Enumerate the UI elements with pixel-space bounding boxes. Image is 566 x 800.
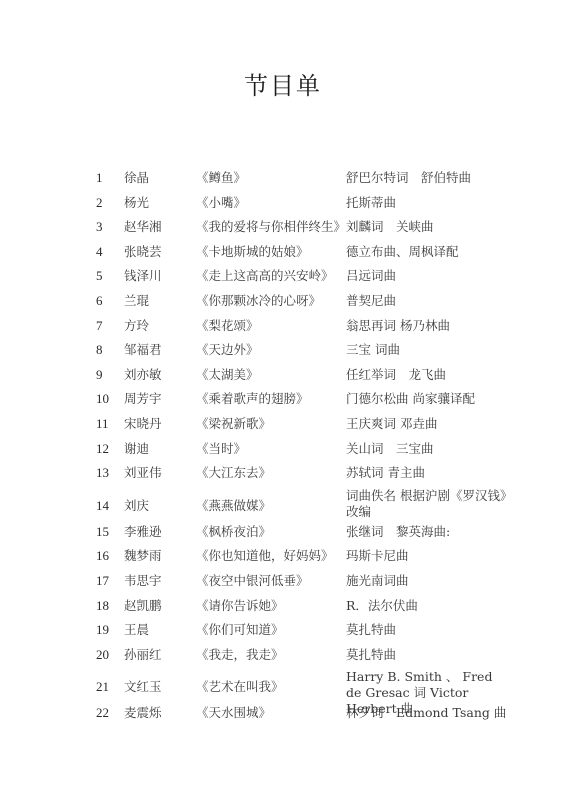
song-credit: 三宝 词曲 bbox=[346, 342, 511, 358]
performer-name: 刘亦敏 bbox=[124, 367, 162, 383]
item-number: 8 bbox=[96, 342, 120, 358]
performer-name: 兰琨 bbox=[124, 293, 149, 309]
item-number: 20 bbox=[96, 647, 120, 663]
song-credit: 刘麟词 关峡曲 bbox=[346, 219, 511, 235]
song-title: 《夜空中银河低垂》 bbox=[196, 573, 309, 589]
item-number: 2 bbox=[96, 195, 120, 211]
program-row: 12 谢迪 《当时》 关山词 三宝曲 bbox=[96, 439, 516, 464]
program-row: 18 赵凯鹏 《请你告诉她》 R．法尔伏曲 bbox=[96, 596, 516, 621]
program-row: 20 孙丽红 《我走，我走》 莫扎特曲 bbox=[96, 645, 516, 670]
program-row: 10 周芳宇 《乘着歌声的翅膀》 门德尔松曲 尚家骧译配 bbox=[96, 389, 516, 414]
performer-name: 杨光 bbox=[124, 195, 149, 211]
program-row: 8 邹福君 《天边外》 三宝 词曲 bbox=[96, 340, 516, 365]
song-credit: 翁思再词 杨乃林曲 bbox=[346, 318, 511, 334]
performer-name: 方玲 bbox=[124, 318, 149, 334]
program-row: 21 文红玉 《艺术在叫我》 Harry B. Smith 、 Fred de … bbox=[96, 669, 516, 703]
item-number: 7 bbox=[96, 318, 120, 334]
program-row: 11 宋晓丹 《梁祝新歌》 王庆爽词 邓垚曲 bbox=[96, 414, 516, 439]
song-credit: 词曲佚名 根据沪剧《罗汉钱》改编 bbox=[346, 488, 511, 520]
performer-name: 邹福君 bbox=[124, 342, 162, 358]
performer-name: 王晨 bbox=[124, 622, 149, 638]
item-number: 19 bbox=[96, 622, 120, 638]
song-credit: 托斯蒂曲 bbox=[346, 195, 511, 211]
item-number: 5 bbox=[96, 268, 120, 284]
song-credit: 莫扎特曲 bbox=[346, 647, 511, 663]
performer-name: 文红玉 bbox=[124, 679, 162, 695]
song-credit: 王庆爽词 邓垚曲 bbox=[346, 416, 511, 432]
song-title: 《我走，我走》 bbox=[196, 647, 284, 663]
item-number: 11 bbox=[96, 416, 120, 432]
song-credit: 张继词 黎英海曲: bbox=[346, 524, 511, 540]
item-number: 16 bbox=[96, 548, 120, 564]
song-credit: 林夕词 Edmond Tsang 曲 bbox=[346, 705, 511, 721]
item-number: 3 bbox=[96, 219, 120, 235]
song-title: 《艺术在叫我》 bbox=[196, 679, 284, 695]
song-title: 《天边外》 bbox=[196, 342, 259, 358]
program-row: 13 刘亚伟 《大江东去》 苏轼词 青主曲 bbox=[96, 463, 516, 488]
song-credit: 吕远词曲 bbox=[346, 268, 511, 284]
item-number: 14 bbox=[96, 498, 120, 514]
song-title: 《枫桥夜泊》 bbox=[196, 524, 271, 540]
program-row: 7 方玲 《梨花颂》 翁思再词 杨乃林曲 bbox=[96, 316, 516, 341]
song-title: 《乘着歌声的翅膀》 bbox=[196, 391, 309, 407]
performer-name: 刘亚伟 bbox=[124, 465, 162, 481]
item-number: 18 bbox=[96, 598, 120, 614]
song-credit: 关山词 三宝曲 bbox=[346, 441, 511, 457]
song-title: 《我的爱将与你相伴终生》 bbox=[196, 219, 346, 235]
song-credit: 玛斯卡尼曲 bbox=[346, 548, 511, 564]
song-title: 《你也知道他，好妈妈》 bbox=[196, 548, 334, 564]
performer-name: 徐晶 bbox=[124, 170, 149, 186]
song-title: 《梨花颂》 bbox=[196, 318, 259, 334]
song-credit: 舒巴尔特词 舒伯特曲 bbox=[346, 170, 511, 186]
program-list: 1 徐晶 《鳟鱼》 舒巴尔特词 舒伯特曲 2 杨光 《小嘴》 托斯蒂曲 3 赵华… bbox=[96, 168, 516, 728]
program-row: 4 张晓芸 《卡地斯城的姑娘》 德立布曲、周枫译配 bbox=[96, 242, 516, 267]
performer-name: 李雅逊 bbox=[124, 524, 162, 540]
song-credit: 莫扎特曲 bbox=[346, 622, 511, 638]
song-credit: 任红举词 龙飞曲 bbox=[346, 367, 511, 383]
item-number: 22 bbox=[96, 705, 120, 721]
song-credit: R．法尔伏曲 bbox=[346, 598, 511, 614]
performer-name: 麦震烁 bbox=[124, 705, 162, 721]
song-title: 《梁祝新歌》 bbox=[196, 416, 271, 432]
program-row: 5 钱泽川 《走上这高高的兴安岭》 吕远词曲 bbox=[96, 266, 516, 291]
song-credit: 普契尼曲 bbox=[346, 293, 511, 309]
item-number: 12 bbox=[96, 441, 120, 457]
song-title: 《当时》 bbox=[196, 441, 246, 457]
program-row: 22 麦震烁 《天水围城》 林夕词 Edmond Tsang 曲 bbox=[96, 703, 516, 728]
song-title: 《小嘴》 bbox=[196, 195, 246, 211]
song-title: 《天水围城》 bbox=[196, 705, 271, 721]
program-row: 2 杨光 《小嘴》 托斯蒂曲 bbox=[96, 193, 516, 218]
song-title: 《卡地斯城的姑娘》 bbox=[196, 244, 309, 260]
song-title: 《请你告诉她》 bbox=[196, 598, 284, 614]
song-title: 《燕燕做媒》 bbox=[196, 498, 271, 514]
performer-name: 赵华湘 bbox=[124, 219, 162, 235]
item-number: 4 bbox=[96, 244, 120, 260]
performer-name: 周芳宇 bbox=[124, 391, 162, 407]
song-credit: 门德尔松曲 尚家骧译配 bbox=[346, 391, 511, 407]
program-row: 6 兰琨 《你那颗冰冷的心呀》 普契尼曲 bbox=[96, 291, 516, 316]
performer-name: 韦思宇 bbox=[124, 573, 162, 589]
performer-name: 钱泽川 bbox=[124, 268, 162, 284]
song-title: 《走上这高高的兴安岭》 bbox=[196, 268, 334, 284]
item-number: 10 bbox=[96, 391, 120, 407]
song-title: 《你那颗冰冷的心呀》 bbox=[196, 293, 321, 309]
item-number: 15 bbox=[96, 524, 120, 540]
program-row: 9 刘亦敏 《太湖美》 任红举词 龙飞曲 bbox=[96, 365, 516, 390]
program-row: 16 魏梦雨 《你也知道他，好妈妈》 玛斯卡尼曲 bbox=[96, 546, 516, 571]
item-number: 17 bbox=[96, 573, 120, 589]
item-number: 1 bbox=[96, 170, 120, 186]
song-title: 《太湖美》 bbox=[196, 367, 259, 383]
performer-name: 谢迪 bbox=[124, 441, 149, 457]
performer-name: 赵凯鹏 bbox=[124, 598, 162, 614]
performer-name: 宋晓丹 bbox=[124, 416, 162, 432]
item-number: 21 bbox=[96, 679, 120, 695]
program-row: 17 韦思宇 《夜空中银河低垂》 施光南词曲 bbox=[96, 571, 516, 596]
song-title: 《大江东去》 bbox=[196, 465, 271, 481]
song-credit: 施光南词曲 bbox=[346, 573, 511, 589]
song-title: 《你们可知道》 bbox=[196, 622, 284, 638]
item-number: 6 bbox=[96, 293, 120, 309]
item-number: 9 bbox=[96, 367, 120, 383]
program-row: 1 徐晶 《鳟鱼》 舒巴尔特词 舒伯特曲 bbox=[96, 168, 516, 193]
program-row: 15 李雅逊 《枫桥夜泊》 张继词 黎英海曲: bbox=[96, 522, 516, 547]
item-number: 13 bbox=[96, 465, 120, 481]
performer-name: 孙丽红 bbox=[124, 647, 162, 663]
song-credit: 德立布曲、周枫译配 bbox=[346, 244, 511, 260]
program-row: 3 赵华湘 《我的爱将与你相伴终生》 刘麟词 关峡曲 bbox=[96, 217, 516, 242]
page-title: 节目单 bbox=[0, 66, 566, 101]
performer-name: 魏梦雨 bbox=[124, 548, 162, 564]
performer-name: 张晓芸 bbox=[124, 244, 162, 260]
song-credit: 苏轼词 青主曲 bbox=[346, 465, 511, 481]
program-row: 19 王晨 《你们可知道》 莫扎特曲 bbox=[96, 620, 516, 645]
song-title: 《鳟鱼》 bbox=[196, 170, 246, 186]
performer-name: 刘庆 bbox=[124, 498, 149, 514]
program-row: 14 刘庆 《燕燕做媒》 词曲佚名 根据沪剧《罗汉钱》改编 bbox=[96, 488, 516, 522]
